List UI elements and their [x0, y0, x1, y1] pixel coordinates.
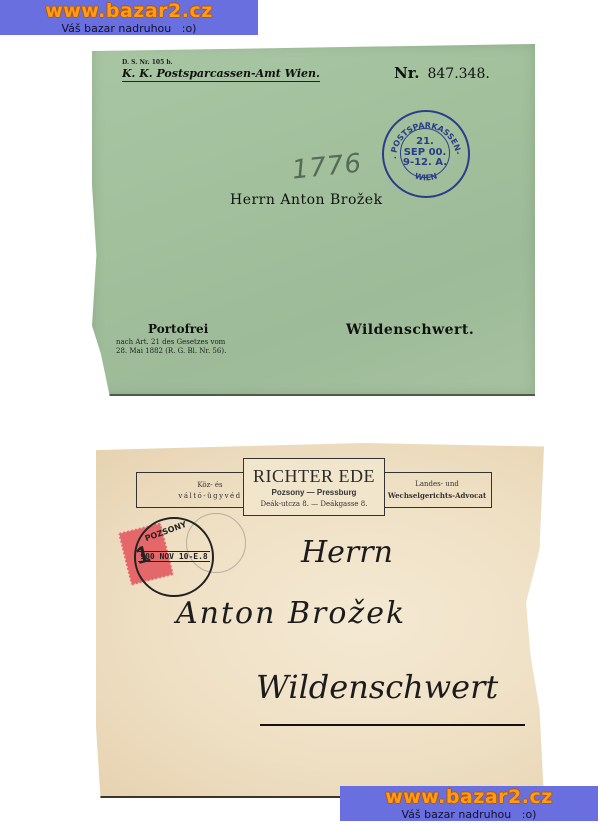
letterhead-center-box: RICHTER EDE Pozsony — Pressburg Deák-utc… — [243, 458, 385, 516]
letterhead-cities: Pozsony — Pressburg — [272, 488, 357, 497]
number-value: 847.348. — [427, 66, 489, 82]
destination-city: Wildenschwert. — [346, 322, 474, 338]
letterhead-street: Deák-utcza 8. — Deákgasse 8. — [261, 500, 368, 508]
letterhead-left-line-2: váltó-ügyvéd — [178, 492, 241, 500]
number-label: Nr. — [394, 64, 419, 82]
letterhead-name: RICHTER EDE — [253, 466, 375, 487]
legal-note: nach Art. 21 des Gesetzes vom 28. Mai 18… — [116, 338, 226, 357]
addressee: Herrn Anton Brožek — [230, 192, 383, 208]
sender-office: K. K. Postsparcassen-Amt Wien. — [122, 67, 320, 82]
letterhead-left-line-1: Köz- és — [197, 481, 222, 489]
handwritten-number: 1776 — [291, 148, 364, 185]
letterhead-right-line-2: Wechselgerichts-Advocat — [388, 491, 486, 500]
letterhead-right-box: Landes- und Wechselgerichts-Advocat — [383, 472, 492, 508]
legal-line-2: 28. Mai 1882 (R. G. Bl. Nr. 56). — [116, 347, 226, 356]
form-reference: D. S. Nr. 105 b. — [122, 59, 173, 66]
postage-note: Portofrei — [148, 322, 208, 336]
handwritten-city: Wildenschwert — [256, 668, 498, 706]
envelope-richter-ede: Köz- és váltó-ügyvéd Landes- und Wechsel… — [96, 443, 544, 798]
reference-number: Nr.847.348. — [394, 64, 490, 82]
cancellation-town: POZSONY — [144, 520, 188, 543]
handwritten-name: Anton Brožek — [176, 596, 406, 631]
postmark-date-block: 21. SEP 00. 9-12. A. — [400, 128, 450, 178]
watermark-slogan: Váš bazar nadruhou :o) — [402, 809, 537, 820]
watermark-banner-top: www.bazar2.cz Váš bazar nadruhou :o) — [0, 0, 258, 35]
handwritten-underline — [260, 724, 525, 726]
legal-line-1: nach Art. 21 des Gesetzes vom — [116, 338, 226, 347]
cancellation-postmark: POZSONY 900 NOV 10-E.8 — [134, 517, 214, 597]
letterhead-right-line-1: Landes- und — [415, 480, 459, 488]
postmark-stamp: K.K. POSTSPARKASSEN-AMT WIEN 21. SEP 00.… — [382, 110, 470, 198]
watermark-site: www.bazar2.cz — [385, 788, 553, 807]
watermark-site: www.bazar2.cz — [45, 2, 213, 21]
cancellation-date: 900 NOV 10-E.8 — [138, 551, 210, 562]
envelope-postal-savings: D. S. Nr. 105 b. K. K. Postsparcassen-Am… — [92, 44, 535, 396]
handwritten-salutation: Herrn — [301, 535, 393, 570]
watermark-slogan: Váš bazar nadruhou :o) — [62, 23, 197, 34]
postmark-time: 9-12. A. — [403, 158, 447, 169]
watermark-banner-bottom: www.bazar2.cz Váš bazar nadruhou :o) — [340, 786, 598, 821]
